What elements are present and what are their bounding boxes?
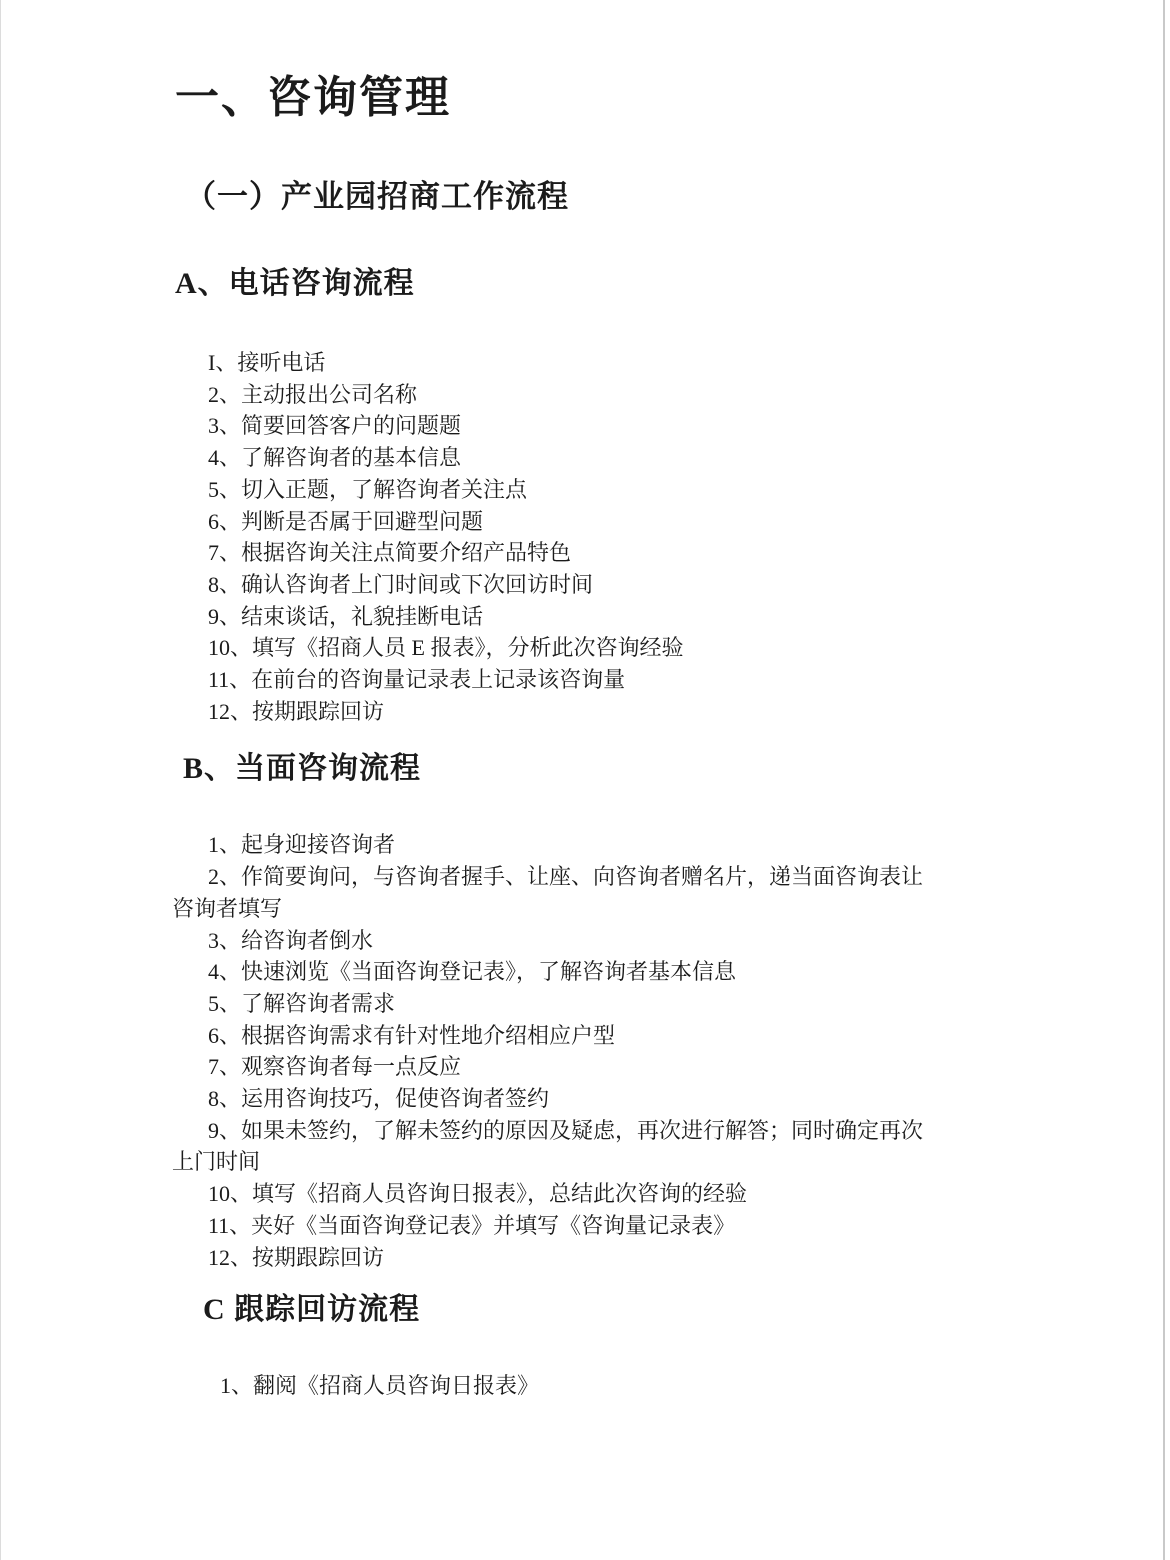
list-item: 1、起身迎接咨询者 <box>172 829 1015 861</box>
list-item: 11、在前台的咨询量记录表上记录该咨询量 <box>172 664 1015 696</box>
section-c-list: 1、翻阅《招商人员咨询日报表》 <box>172 1370 1015 1402</box>
list-item: 10、填写《招商人员 E 报表》，分析此次咨询经验 <box>172 632 1015 664</box>
list-item: 6、判断是否属于回避型问题 <box>172 506 1015 538</box>
section-facetoface-consult-flow: B、当面咨询流程 1、起身迎接咨询者2、作简要询问，与咨询者握手、让座、向咨询者… <box>172 749 1015 1273</box>
page-left-edge-line <box>0 0 1 1560</box>
list-item: 6、根据咨询需求有针对性地介绍相应户型 <box>172 1020 1015 1052</box>
list-item: 2、作简要询问，与咨询者握手、让座、向咨询者赠名片，递当面咨询表让 咨询者填写 <box>172 861 1015 924</box>
list-item: 7、观察咨询者每一点反应 <box>172 1051 1015 1083</box>
document-content: 一、咨询管理 （一）产业园招商工作流程 A、电话咨询流程 I、接听电话2、主动报… <box>0 0 1170 1402</box>
document-page: 一、咨询管理 （一）产业园招商工作流程 A、电话咨询流程 I、接听电话2、主动报… <box>0 0 1170 1560</box>
list-item: 1、翻阅《招商人员咨询日报表》 <box>172 1370 1015 1402</box>
list-item: 7、根据咨询关注点简要介绍产品特色 <box>172 537 1015 569</box>
list-item: 2、主动报出公司名称 <box>172 379 1015 411</box>
list-item: 12、按期跟踪回访 <box>172 1242 1015 1274</box>
list-item: 4、快速浏览《当面咨询登记表》，了解咨询者基本信息 <box>172 956 1015 988</box>
section-a-list: I、接听电话2、主动报出公司名称3、简要回答客户的问题题4、了解咨询者的基本信息… <box>172 347 1015 727</box>
page-right-edge-line <box>1163 0 1165 1560</box>
list-item: 3、给咨询者倒水 <box>172 925 1015 957</box>
section-b-heading: B、当面咨询流程 <box>183 749 1015 789</box>
list-item: 10、填写《招商人员咨询日报表》，总结此次咨询的经验 <box>172 1178 1015 1210</box>
list-item: 8、运用咨询技巧，促使咨询者签约 <box>172 1083 1015 1115</box>
list-item: 9、结束谈话，礼貌挂断电话 <box>172 601 1015 633</box>
document-title: 一、咨询管理 <box>175 70 1015 126</box>
list-item: 5、了解咨询者需求 <box>172 988 1015 1020</box>
section-a-heading: A、电话咨询流程 <box>175 264 1015 304</box>
list-item: 11、夹好《当面咨询登记表》并填写《咨询量记录表》 <box>172 1210 1015 1242</box>
list-item: 9、如果未签约，了解未签约的原因及疑虑，再次进行解答；同时确定再次 上门时间 <box>172 1115 1015 1178</box>
list-item: 5、切入正题，了解咨询者关注点 <box>172 474 1015 506</box>
list-item: I、接听电话 <box>172 347 1015 379</box>
list-item: 3、简要回答客户的问题题 <box>172 410 1015 442</box>
section-phone-consult-flow: A、电话咨询流程 I、接听电话2、主动报出公司名称3、简要回答客户的问题题4、了… <box>172 264 1015 727</box>
list-item: 8、确认咨询者上门时间或下次回访时间 <box>172 569 1015 601</box>
list-item: 4、了解咨询者的基本信息 <box>172 442 1015 474</box>
section-followup-visit-flow: C 跟踪回访流程 1、翻阅《招商人员咨询日报表》 <box>172 1290 1015 1402</box>
section-b-list: 1、起身迎接咨询者2、作简要询问，与咨询者握手、让座、向咨询者赠名片，递当面咨询… <box>172 829 1015 1273</box>
document-subtitle: （一）产业园招商工作流程 <box>185 176 1015 218</box>
list-item: 12、按期跟踪回访 <box>172 696 1015 728</box>
section-c-heading: C 跟踪回访流程 <box>203 1290 1015 1330</box>
